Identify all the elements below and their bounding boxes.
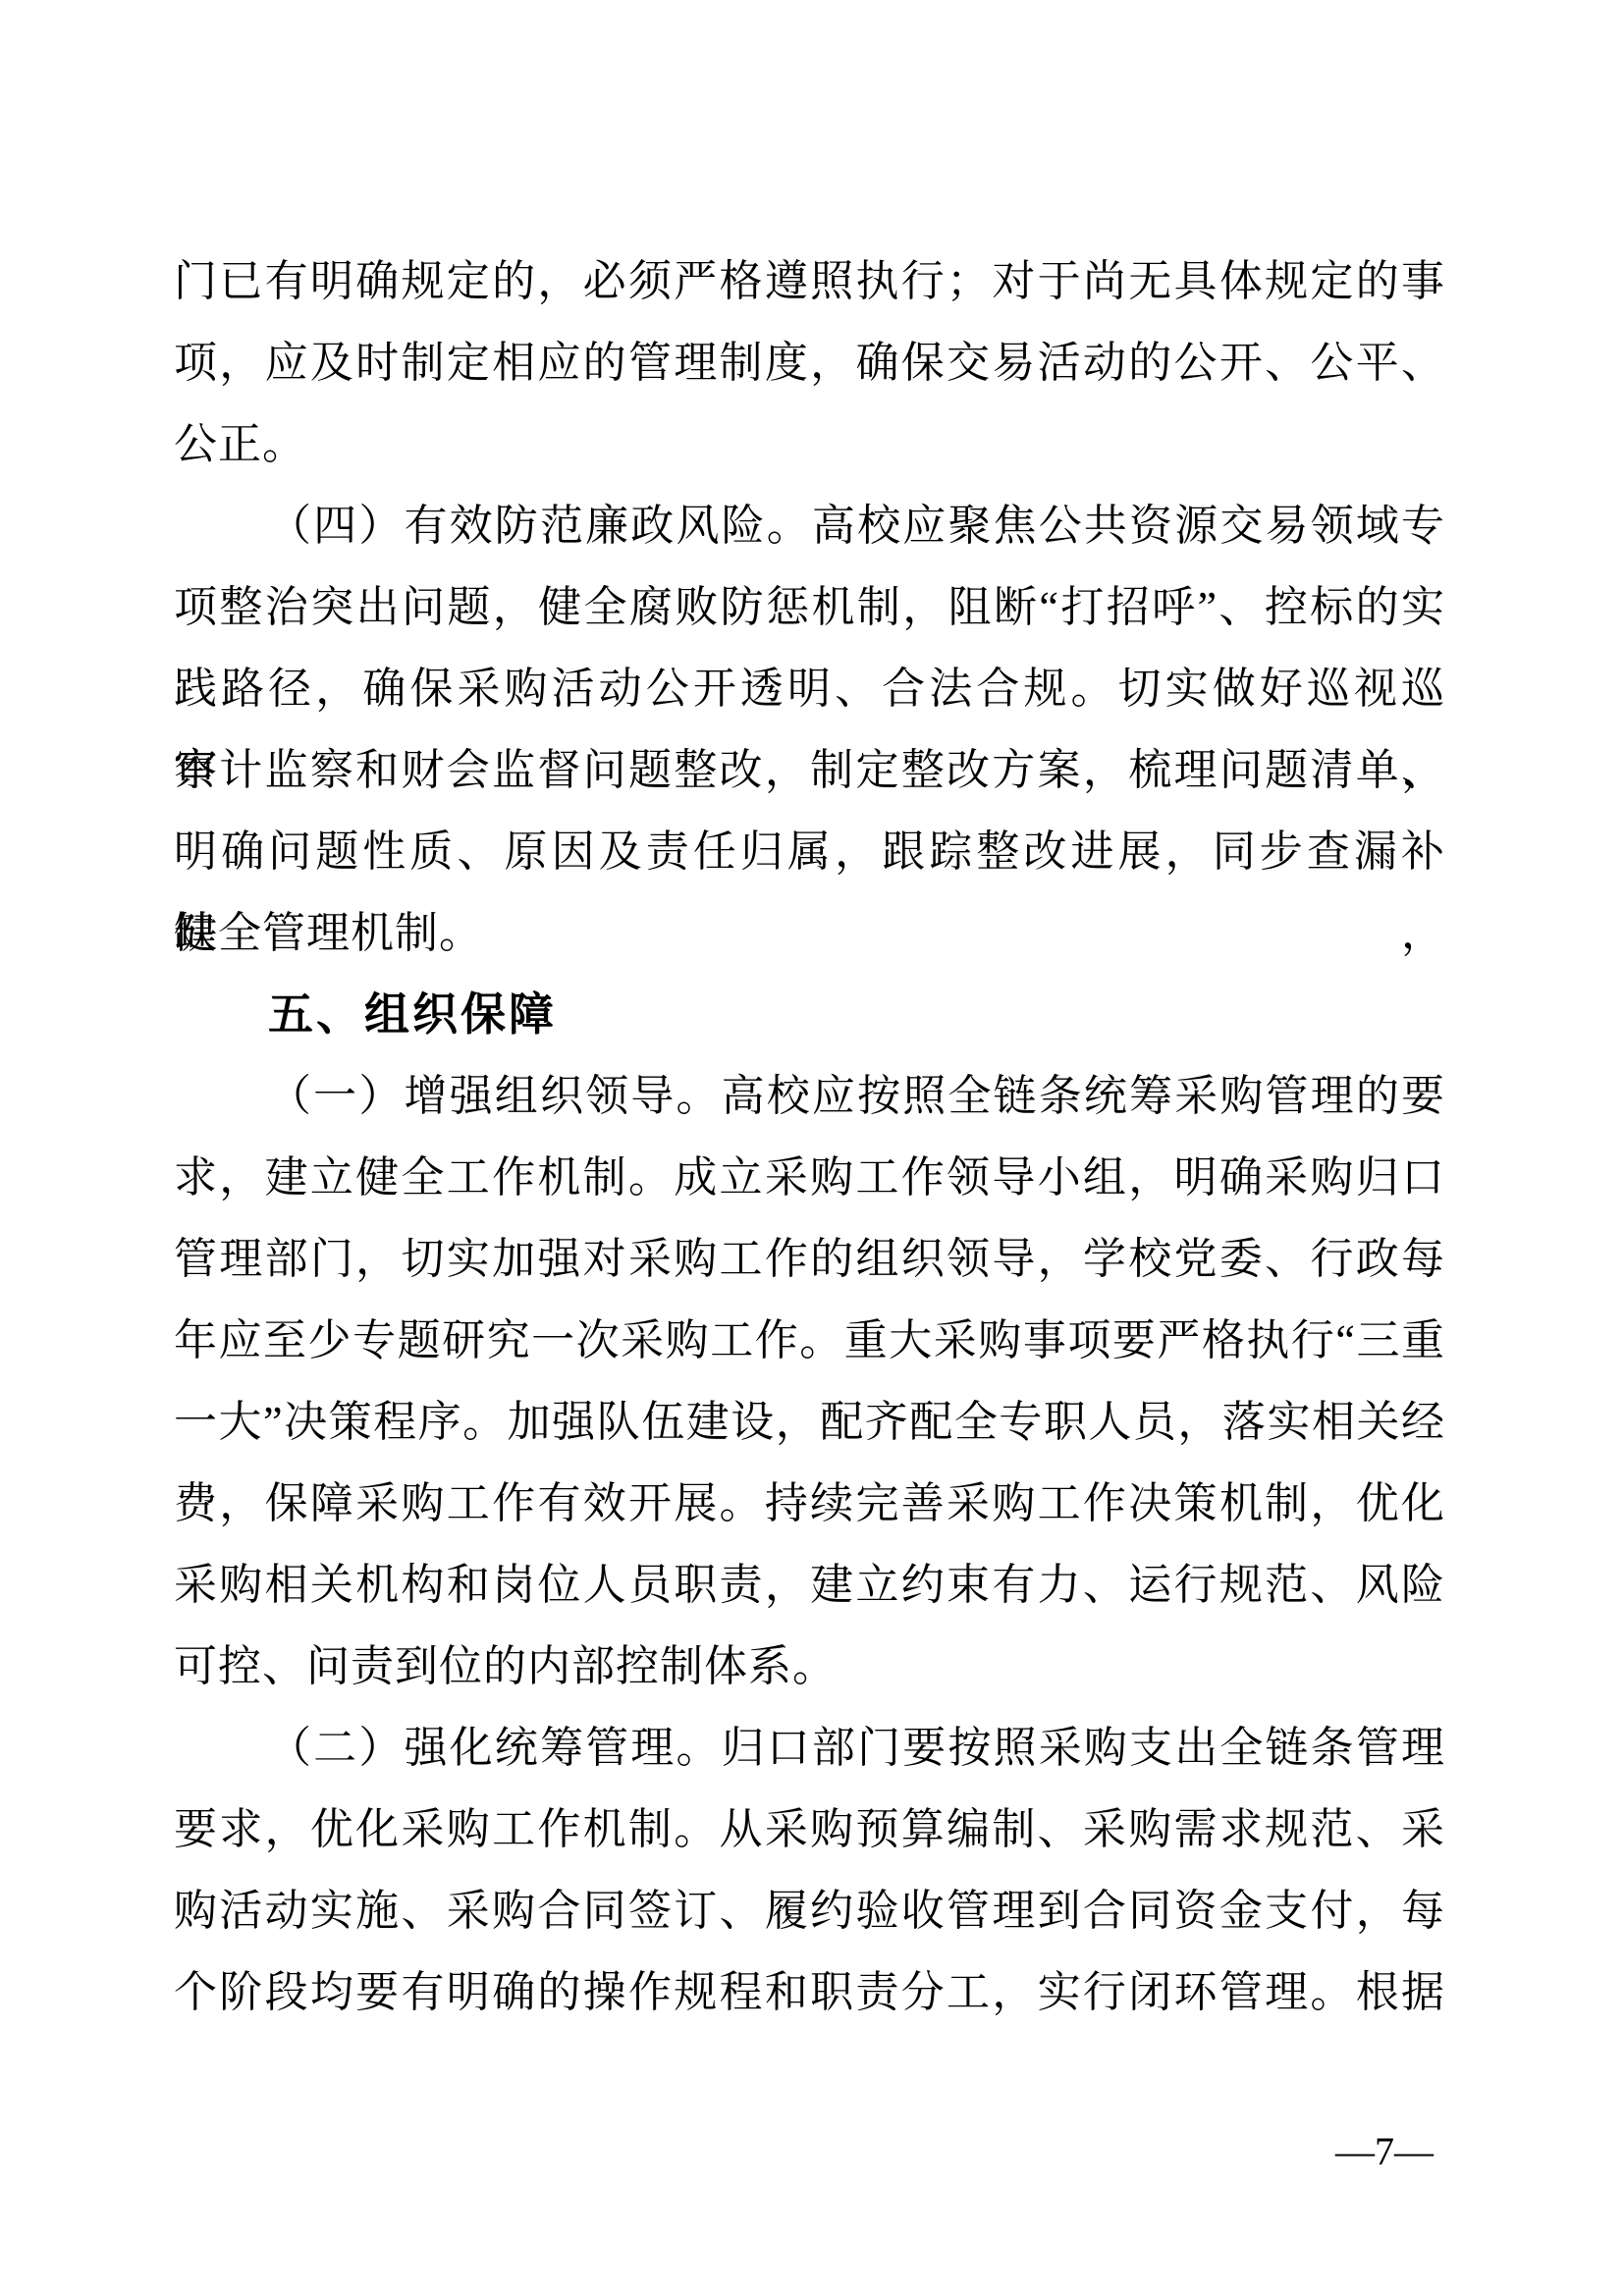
document-page: 门已有明确规定的，必须严格遵照执行；对于尚无具体规定的事项，应及时制定相应的管理… — [0, 0, 1624, 2296]
text-line: 购活动实施、采购合同签订、履约验收管理到合同资金支付，每 — [174, 1870, 1445, 1951]
paragraph-item-2-coordinated-management: （二）强化统筹管理。归口部门要按照采购支出全链条管理要求，优化采购工作机制。从采… — [174, 1707, 1445, 2033]
text-line: （一）增强组织领导。高校应按照全链条统筹采购管理的要 — [174, 1055, 1445, 1137]
text-line: 采购相关机构和岗位人员职责，建立约束有力、运行规范、风险 — [174, 1544, 1445, 1626]
text-line: 个阶段均要有明确的操作规程和职责分工，实行闭环管理。根据 — [174, 1951, 1445, 2033]
text-line: 审计监察和财会监督问题整改，制定整改方案，梳理问题清单， — [174, 729, 1445, 811]
paragraph-continuation-open-fair: 门已有明确规定的，必须严格遵照执行；对于尚无具体规定的事项，应及时制定相应的管理… — [174, 240, 1445, 485]
text-line: 管理部门，切实加强对采购工作的组织领导，学校党委、行政每 — [174, 1218, 1445, 1300]
page-number: —7— — [1335, 2128, 1434, 2175]
text-line: 可控、问责到位的内部控制体系。 — [174, 1626, 1445, 1707]
text-line: 费，保障采购工作有效开展。持续完善采购工作决策机制，优化 — [174, 1463, 1445, 1544]
text-line: 年应至少专题研究一次采购工作。重大采购事项要严格执行“三重 — [174, 1300, 1445, 1381]
text-line: 项，应及时制定相应的管理制度，确保交易活动的公开、公平、 — [174, 322, 1445, 403]
text-line: 项整治突出问题，健全腐败防惩机制，阻断“打招呼”、控标的实 — [174, 566, 1445, 648]
text-line: 践路径，确保采购活动公开透明、合法合规。切实做好巡视巡察、 — [174, 648, 1445, 729]
text-line: 公正。 — [174, 403, 1445, 485]
text-line: （二）强化统筹管理。归口部门要按照采购支出全链条管理 — [174, 1707, 1445, 1789]
text-line: 一大”决策程序。加强队伍建设，配齐配全专职人员，落实相关经 — [174, 1381, 1445, 1463]
section-heading: 五、组织保障 — [174, 974, 1445, 1055]
document-text-block: 门已有明确规定的，必须严格遵照执行；对于尚无具体规定的事项，应及时制定相应的管理… — [174, 240, 1445, 2033]
paragraph-item-4-integrity-risk: （四）有效防范廉政风险。高校应聚焦公共资源交易领域专项整治突出问题，健全腐败防惩… — [174, 485, 1445, 974]
text-line: 门已有明确规定的，必须严格遵照执行；对于尚无具体规定的事 — [174, 240, 1445, 322]
text-line: 明确问题性质、原因及责任归属，跟踪整改进展，同步查漏补缺， — [174, 811, 1445, 892]
text-line: （四）有效防范廉政风险。高校应聚焦公共资源交易领域专 — [174, 485, 1445, 566]
paragraph-item-1-strengthen-leadership: （一）增强组织领导。高校应按照全链条统筹采购管理的要求，建立健全工作机制。成立采… — [174, 1055, 1445, 1707]
text-line: 要求，优化采购工作机制。从采购预算编制、采购需求规范、采 — [174, 1789, 1445, 1870]
heading-section-5-organizational-safeguard: 五、组织保障 — [174, 974, 1445, 1055]
text-line: 求，建立健全工作机制。成立采购工作领导小组，明确采购归口 — [174, 1137, 1445, 1218]
